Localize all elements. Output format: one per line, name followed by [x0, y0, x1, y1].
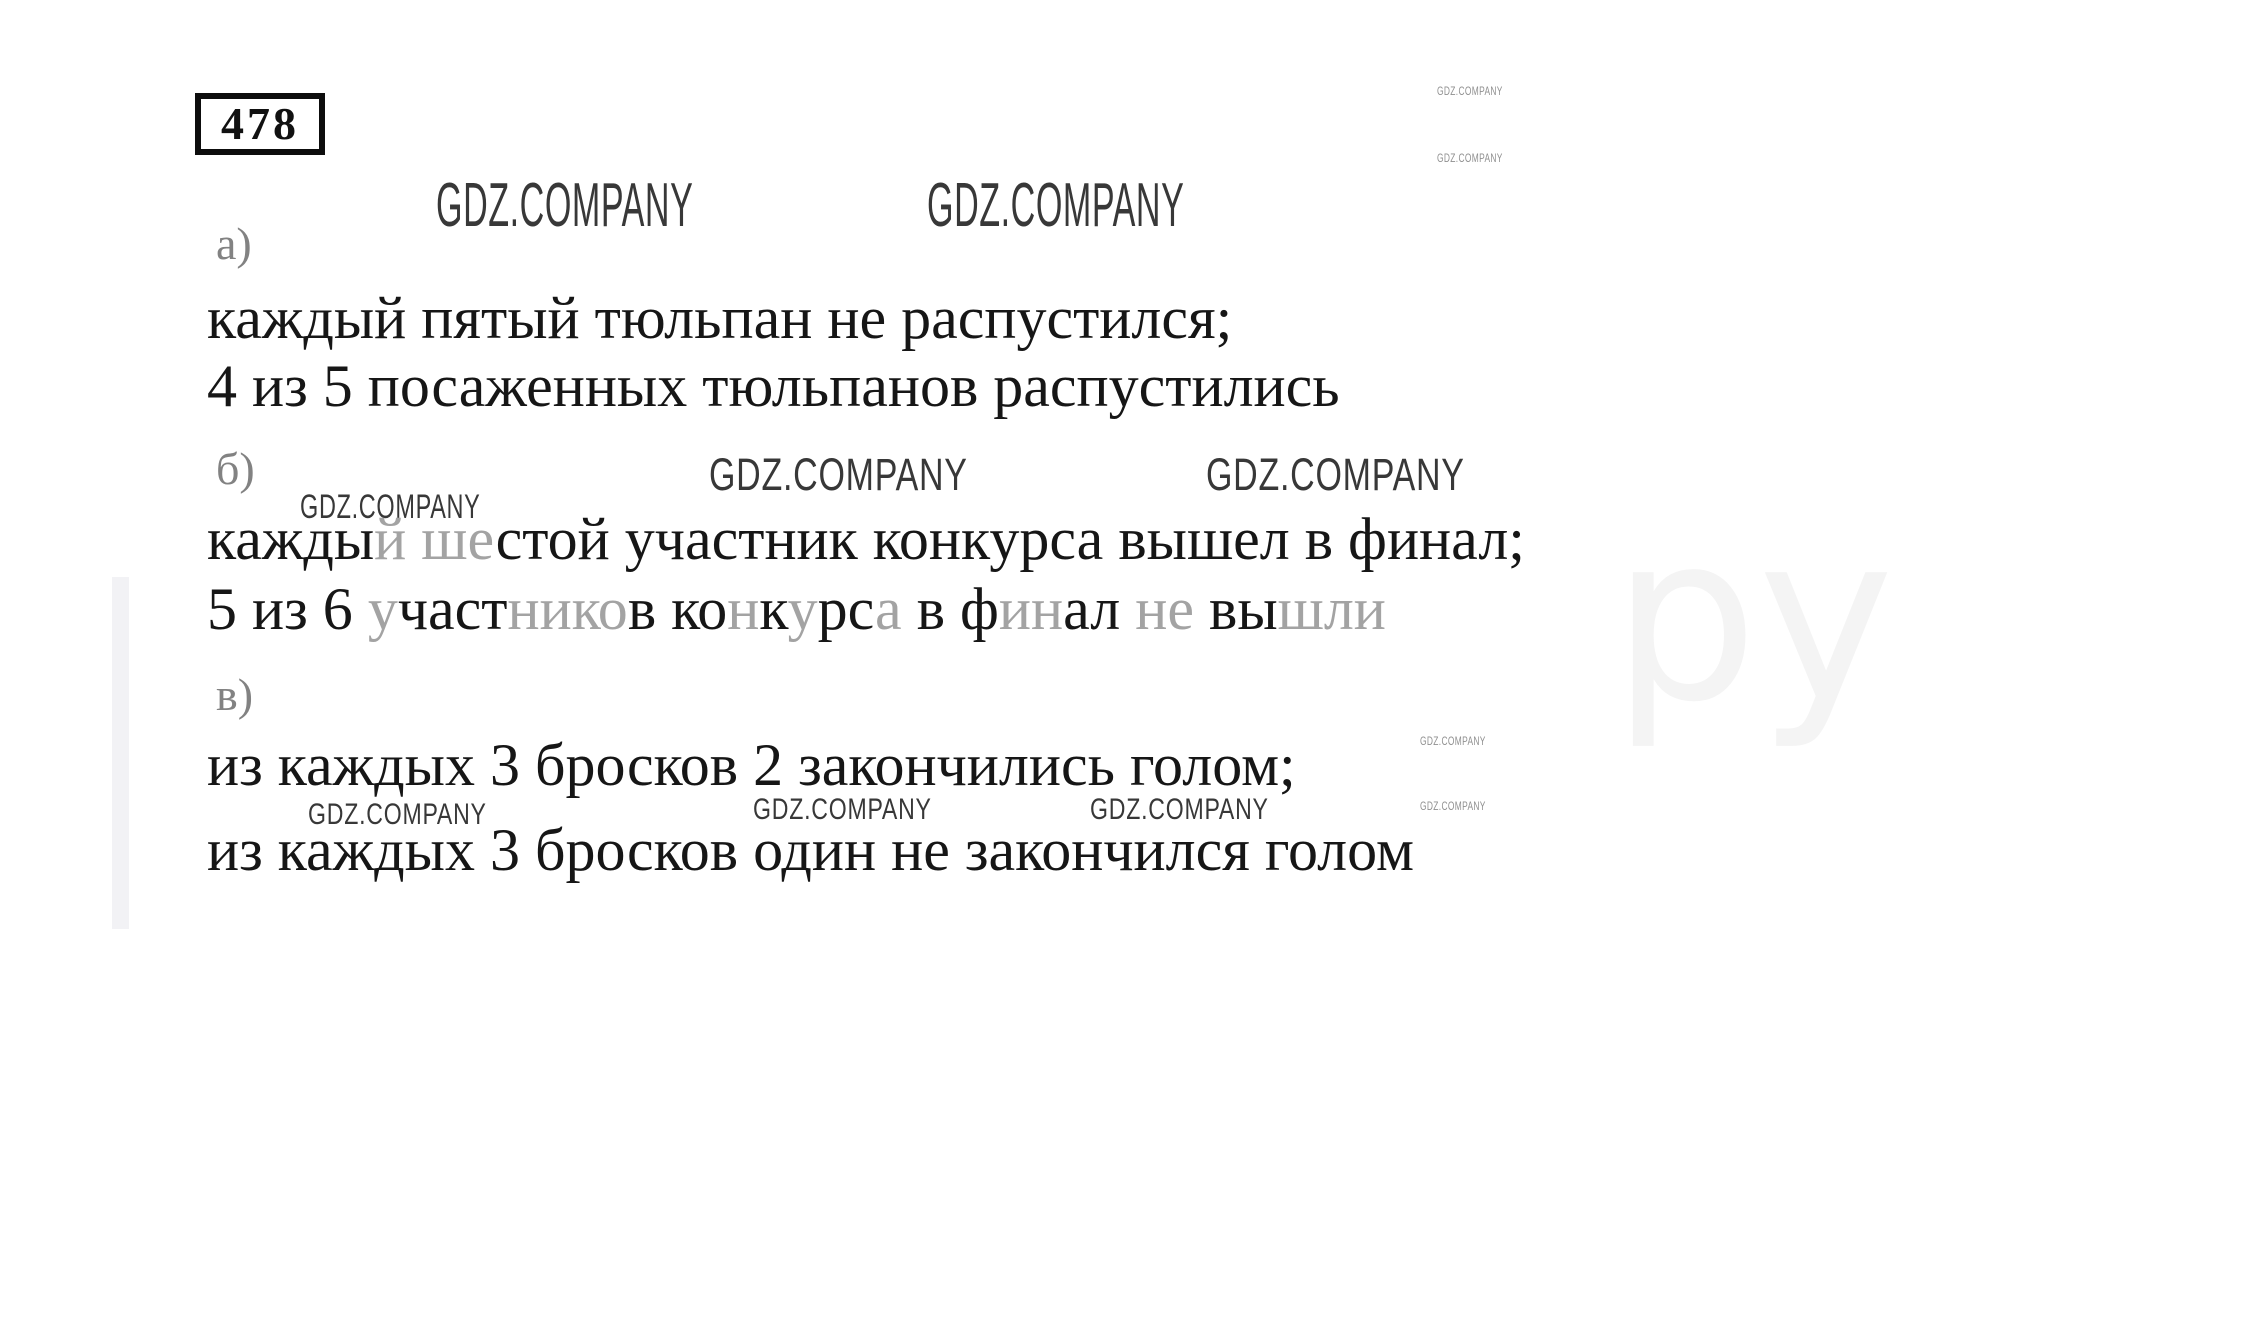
- text-segment: а: [875, 576, 902, 642]
- text-segment: стой участник конкурса вышел в финал;: [496, 506, 1525, 572]
- watermark-gdz: GDZ.COMPANY: [927, 175, 1184, 237]
- text-segment: к: [759, 576, 787, 642]
- watermark-gdz-tiny: GDZ.COMPANY: [1420, 735, 1486, 747]
- text-segment: нико: [507, 576, 627, 642]
- document-page: ру 478 GDZ.COMPANY GDZ.COMPANY GDZ.COMPA…: [0, 0, 2250, 1344]
- watermark-gdz: GDZ.COMPANY: [709, 452, 968, 497]
- answer-line-v1: из каждых 3 бросков 2 закончились голом;: [207, 735, 1296, 795]
- text-segment: из каждых 3 бросков один не закончился г…: [207, 817, 1414, 883]
- text-segment: кажды: [207, 506, 374, 572]
- text-segment: 5 из 6: [207, 576, 368, 642]
- text-segment: ин: [999, 576, 1063, 642]
- text-segment: шли: [1278, 576, 1386, 642]
- section-label-b: б): [216, 446, 255, 492]
- section-label-a: а): [216, 221, 252, 267]
- problem-number: 478: [221, 101, 299, 147]
- text-segment: не: [1135, 576, 1209, 642]
- text-segment: у: [368, 576, 398, 642]
- problem-number-box: 478: [195, 93, 325, 155]
- watermark-gdz: GDZ.COMPANY: [436, 175, 693, 237]
- left-faint-bar: [112, 577, 129, 929]
- watermark-gdz-tiny: GDZ.COMPANY: [1437, 152, 1503, 164]
- text-segment: вы: [1209, 576, 1278, 642]
- text-segment: у: [788, 576, 818, 642]
- text-segment: й ше: [374, 506, 495, 572]
- section-label-v: в): [216, 672, 253, 718]
- watermark-gdz-tiny: GDZ.COMPANY: [1420, 800, 1486, 812]
- answer-line-a2: 4 из 5 посаженных тюльпанов распустились: [207, 356, 1340, 416]
- watermark-gdz-tiny: GDZ.COMPANY: [1437, 85, 1503, 97]
- answer-line-b2: 5 из 6 участников конкурса в финал не вы…: [207, 579, 1386, 639]
- text-segment: в ко: [628, 576, 727, 642]
- answer-line-v2: из каждых 3 бросков один не закончился г…: [207, 820, 1414, 880]
- text-segment: из каждых 3 бросков 2 закончились голом;: [207, 732, 1296, 798]
- text-segment: част: [398, 576, 508, 642]
- ghost-watermark-text: ру: [1612, 505, 1894, 735]
- text-segment: 4 из 5 посаженных тюльпанов распустились: [207, 353, 1340, 419]
- text-segment: ал: [1063, 576, 1135, 642]
- answer-line-a1: каждый пятый тюльпан не распустился;: [207, 288, 1232, 348]
- text-segment: рс: [818, 576, 875, 642]
- text-segment: каждый пятый тюльпан не распустился;: [207, 285, 1232, 351]
- watermark-gdz: GDZ.COMPANY: [1206, 452, 1465, 497]
- text-segment: в ф: [902, 576, 999, 642]
- answer-line-b1: каждый шестой участник конкурса вышел в …: [207, 509, 1525, 569]
- text-segment: н: [727, 576, 759, 642]
